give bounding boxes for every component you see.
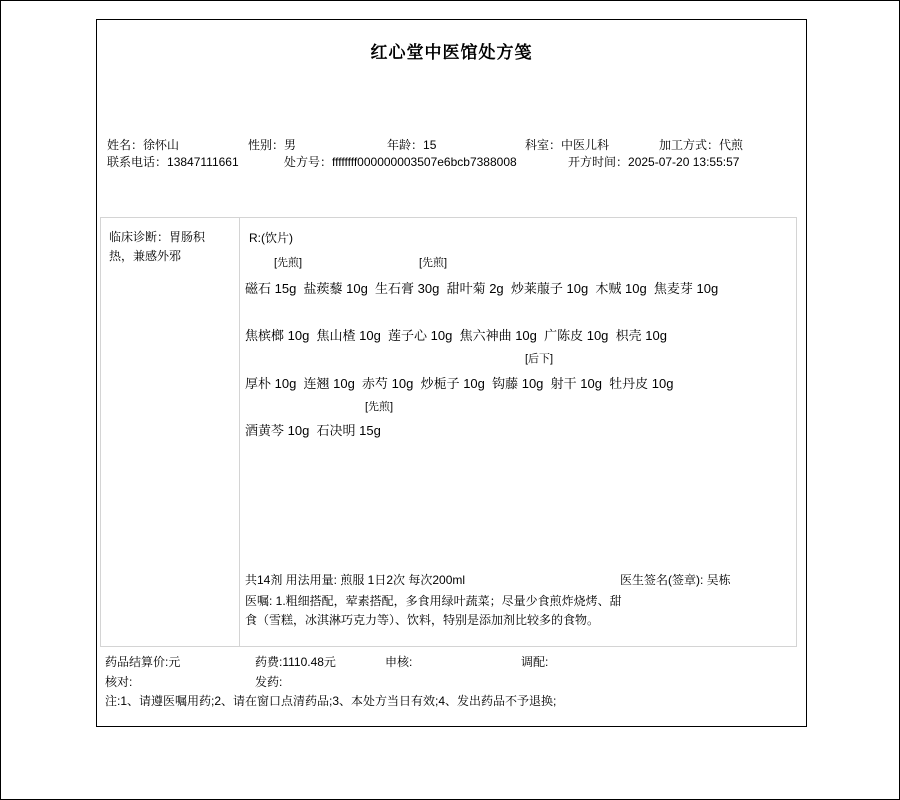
settlement-price-label: 药品结算价:元 (105, 653, 180, 670)
prescription-table: 临床诊断：胃肠积热，兼感外邪 R:(饮片) [先煎] [先煎] 磁石 15g 盐… (100, 217, 797, 647)
patient-name-label: 姓名： (107, 138, 143, 152)
document-border: 红心堂中医馆处方笺 姓名：徐怀山 性别：男 年龄：15 科室：中医儿科 加工方式… (96, 19, 807, 727)
patient-age-label: 年龄： (387, 138, 423, 152)
patient-name-value: 徐怀山 (143, 138, 179, 152)
phone-label: 联系电话： (107, 155, 167, 169)
phone-value: 13847111661 (167, 155, 239, 169)
decoct-later-tag: [后下] (525, 350, 553, 366)
rx-number-field: 处方号：ffffffff000000003507e6bcb7388008 (284, 153, 517, 170)
page-title: 红心堂中医馆处方笺 (97, 38, 806, 63)
department-field: 科室：中医儿科 (525, 136, 609, 153)
check-label: 核对: (105, 673, 132, 690)
footnote: 注:1、请遵医嘱用药;2、请在窗口点清药品;3、本处方当日有效;4、发出药品不予… (105, 692, 556, 709)
diagnosis-cell: 临床诊断：胃肠积热，兼感外邪 (101, 218, 240, 646)
decoct-first-tag: [先煎] (419, 254, 447, 270)
doctor-signature-name: 吴栋 (707, 573, 731, 587)
drug-line: 厚朴 10g 连翘 10g 赤芍 10g 炒栀子 10g 钩藤 10g 射干 1… (245, 373, 790, 392)
patient-gender-field: 性别：男 (248, 136, 296, 153)
drug-line: 磁石 15g 盐蒺藜 10g 生石膏 30g 甜叶菊 2g 炒莱菔子 10g 木… (245, 278, 790, 297)
patient-gender-label: 性别： (248, 138, 284, 152)
rx-header: R:(饮片) (249, 229, 293, 246)
dispense-label: 发药: (255, 673, 282, 690)
compound-label: 调配: (521, 653, 548, 670)
processing-method-field: 加工方式：代煎 (659, 136, 743, 153)
drug-line: 酒黄芩 10g 石决明 15g (245, 420, 790, 439)
dosage-instructions: 共14剂 用法用量: 煎服 1日2次 每次200ml (245, 571, 465, 588)
phone-field: 联系电话：13847111661 (107, 153, 239, 170)
processing-method-label: 加工方式： (659, 138, 719, 152)
medicine-fee: 药费:1110.48元 (255, 653, 336, 670)
drug-line: 焦槟榔 10g 焦山楂 10g 莲子心 10g 焦六神曲 10g 广陈皮 10g… (245, 325, 790, 344)
decoct-tag-row-2: [后下] (240, 350, 796, 364)
decoct-tag-row-3: [先煎] (240, 398, 796, 412)
department-value: 中医儿科 (561, 138, 609, 152)
decoct-first-tag: [先煎] (365, 398, 393, 414)
patient-age-field: 年龄：15 (387, 136, 436, 153)
issue-time-field: 开方时间：2025-07-20 13:55:57 (568, 153, 739, 170)
medical-advice: 医嘱: 1.粗细搭配，荤素搭配，多食用绿叶蔬菜；尽量少食煎炸烧烤、甜食（雪糕，冰… (245, 592, 629, 629)
prescription-cell: R:(饮片) [先煎] [先煎] 磁石 15g 盐蒺藜 10g 生石膏 30g … (240, 218, 796, 646)
decoct-tag-row-1: [先煎] [先煎] (240, 254, 796, 268)
department-label: 科室： (525, 138, 561, 152)
rx-number-value: ffffffff000000003507e6bcb7388008 (332, 155, 517, 169)
diagnosis-label: 临床诊断： (109, 230, 169, 244)
decoct-first-tag: [先煎] (274, 254, 302, 270)
doctor-signature: 医生签名(签章): 吴栋 (620, 571, 731, 588)
patient-name-field: 姓名：徐怀山 (107, 136, 179, 153)
doctor-signature-label: 医生签名(签章): (620, 573, 707, 587)
patient-gender-value: 男 (284, 138, 296, 152)
processing-method-value: 代煎 (719, 138, 743, 152)
issue-time-value: 2025-07-20 13:55:57 (628, 155, 739, 169)
prescription-page: 红心堂中医馆处方笺 姓名：徐怀山 性别：男 年龄：15 科室：中医儿科 加工方式… (0, 0, 900, 800)
rx-number-label: 处方号： (284, 155, 332, 169)
review-label: 申核: (385, 653, 412, 670)
issue-time-label: 开方时间： (568, 155, 628, 169)
patient-age-value: 15 (423, 138, 436, 152)
